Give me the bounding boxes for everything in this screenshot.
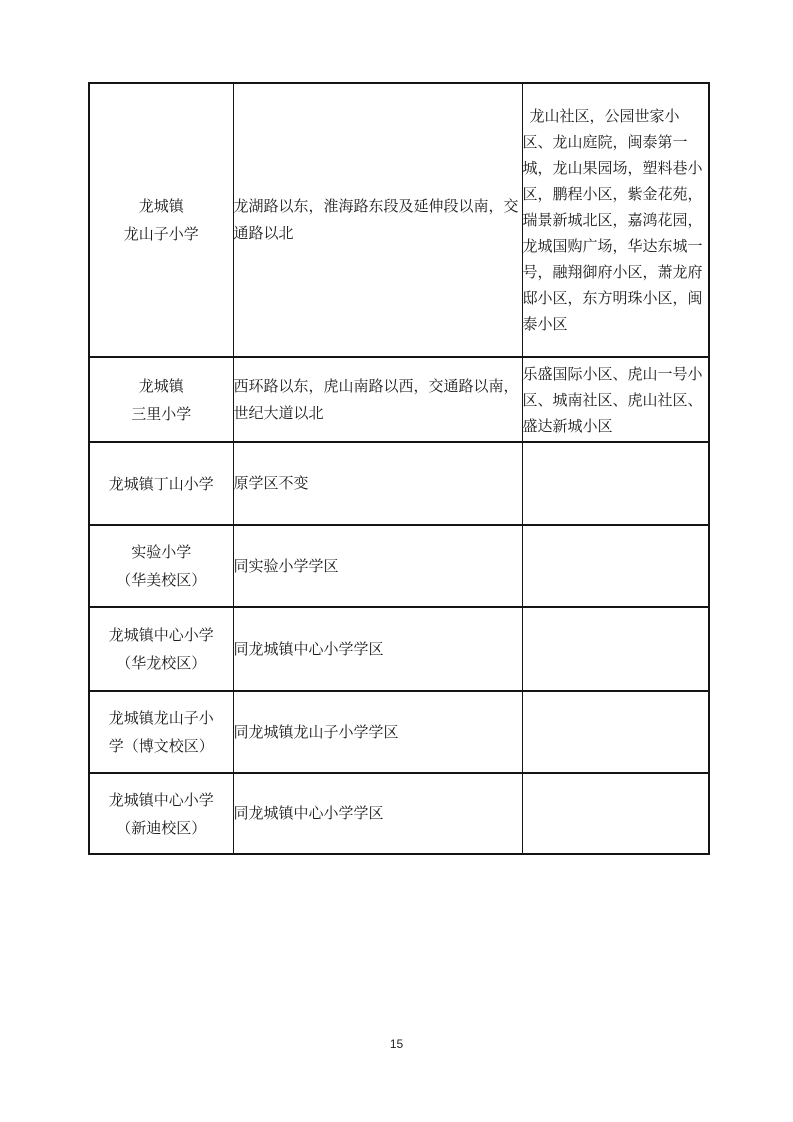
district-boundary-cell: 龙湖路以东，淮海路东段及延伸段以南，交通路以北 bbox=[233, 83, 522, 357]
school-name-line: 实验小学 bbox=[90, 538, 233, 566]
page-number: 15 bbox=[0, 1037, 793, 1051]
district-boundary-cell: 西环路以东，虎山南路以西，交通路以南，世纪大道以北 bbox=[233, 357, 522, 442]
school-name-line: （华龙校区） bbox=[90, 649, 233, 677]
communities-cell: 乐盛国际小区、虎山一号小区、城南社区、虎山社区、盛达新城小区 bbox=[522, 357, 709, 442]
school-district-table: 龙城镇 龙山子小学 龙湖路以东，淮海路东段及延伸段以南，交通路以北 龙山社区，公… bbox=[88, 82, 710, 855]
school-name-cell: 实验小学 （华美校区） bbox=[89, 525, 233, 607]
school-name-line: 龙城镇中心小学 bbox=[90, 786, 233, 814]
communities-cell bbox=[522, 607, 709, 691]
communities-cell bbox=[522, 525, 709, 607]
document-page: 龙城镇 龙山子小学 龙湖路以东，淮海路东段及延伸段以南，交通路以北 龙山社区，公… bbox=[0, 0, 793, 1122]
school-name-line: 龙城镇 bbox=[90, 372, 233, 400]
district-boundary-cell: 同实验小学学区 bbox=[233, 525, 522, 607]
school-name-line: 龙城镇龙山子小 bbox=[90, 704, 233, 732]
table-row: 龙城镇丁山小学 原学区不变 bbox=[89, 442, 709, 525]
school-name-line: （华美校区） bbox=[90, 566, 233, 594]
school-name-line: 龙城镇中心小学 bbox=[90, 621, 233, 649]
district-boundary-cell: 同龙城镇龙山子小学学区 bbox=[233, 691, 522, 773]
school-name-line: 龙城镇 bbox=[90, 192, 233, 220]
school-name-line: 学（博文校区） bbox=[90, 732, 233, 760]
school-name-line: （新迪校区） bbox=[90, 814, 233, 842]
table-row: 龙城镇中心小学 （华龙校区） 同龙城镇中心小学学区 bbox=[89, 607, 709, 691]
school-name-cell: 龙城镇丁山小学 bbox=[89, 442, 233, 525]
table-row: 实验小学 （华美校区） 同实验小学学区 bbox=[89, 525, 709, 607]
school-name-cell: 龙城镇 龙山子小学 bbox=[89, 83, 233, 357]
communities-cell bbox=[522, 691, 709, 773]
table-row: 龙城镇龙山子小 学（博文校区） 同龙城镇龙山子小学学区 bbox=[89, 691, 709, 773]
communities-cell bbox=[522, 442, 709, 525]
school-name-line: 龙山子小学 bbox=[90, 220, 233, 248]
communities-cell bbox=[522, 773, 709, 854]
school-name-cell: 龙城镇中心小学 （新迪校区） bbox=[89, 773, 233, 854]
district-boundary-cell: 原学区不变 bbox=[233, 442, 522, 525]
table-row: 龙城镇 三里小学 西环路以东，虎山南路以西，交通路以南，世纪大道以北 乐盛国际小… bbox=[89, 357, 709, 442]
table-row: 龙城镇中心小学 （新迪校区） 同龙城镇中心小学学区 bbox=[89, 773, 709, 854]
school-name-line: 龙城镇丁山小学 bbox=[90, 470, 233, 498]
school-name-line: 三里小学 bbox=[90, 400, 233, 428]
communities-cell: 龙山社区，公园世家小区、龙山庭院，闽泰第一城，龙山果园场，塑料巷小区，鹏程小区，… bbox=[522, 83, 709, 357]
school-name-cell: 龙城镇 三里小学 bbox=[89, 357, 233, 442]
school-name-cell: 龙城镇龙山子小 学（博文校区） bbox=[89, 691, 233, 773]
table-row: 龙城镇 龙山子小学 龙湖路以东，淮海路东段及延伸段以南，交通路以北 龙山社区，公… bbox=[89, 83, 709, 357]
district-boundary-cell: 同龙城镇中心小学学区 bbox=[233, 607, 522, 691]
school-name-cell: 龙城镇中心小学 （华龙校区） bbox=[89, 607, 233, 691]
district-boundary-cell: 同龙城镇中心小学学区 bbox=[233, 773, 522, 854]
